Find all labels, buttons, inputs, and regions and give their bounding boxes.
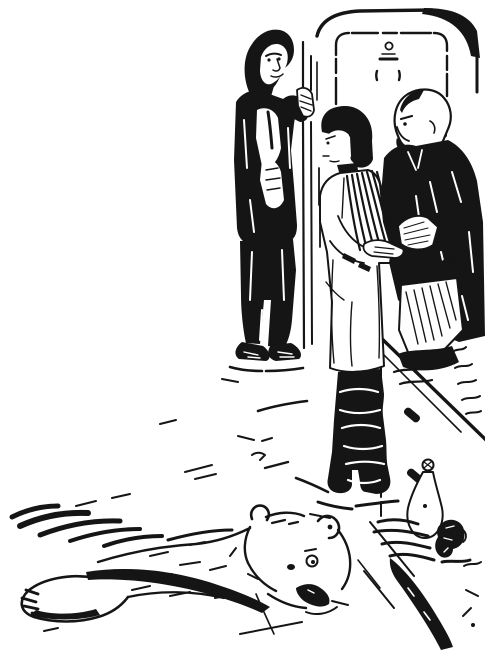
man-left-shoe: [235, 342, 269, 361]
suitcase: [394, 258, 465, 384]
jug: [435, 520, 464, 558]
man-left-trousers: [240, 239, 296, 348]
step-edge: [390, 558, 453, 650]
drawer-handle: [403, 406, 422, 424]
bear-rug: [12, 506, 350, 622]
bear-nose: [296, 584, 330, 606]
illustration-canvas: [0, 0, 485, 654]
man-left: [222, 30, 314, 382]
man-left-shoe: [268, 343, 301, 361]
plank-line: [240, 622, 302, 634]
door-peephole: [385, 42, 392, 49]
illustration-cabin-scene: [0, 0, 485, 654]
bear-left-eye: [287, 564, 295, 570]
rug-top-edge: [98, 528, 250, 562]
rug-shadow-sweep: [86, 569, 270, 613]
man-right-hand: [398, 216, 438, 250]
